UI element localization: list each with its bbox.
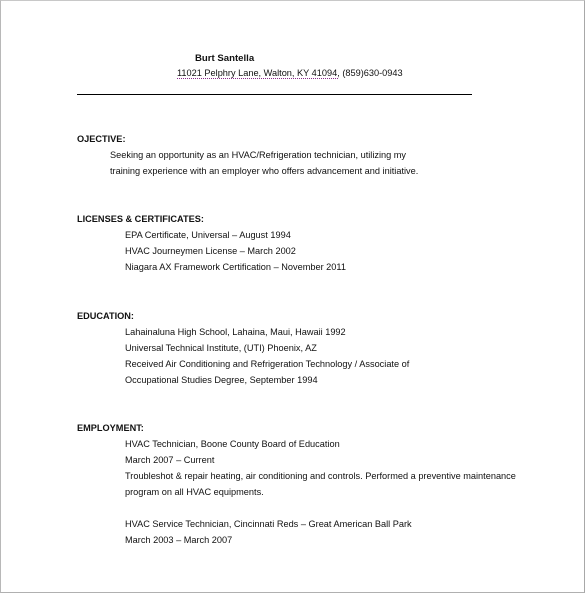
license-item: Niagara AX Framework Certification – Nov… xyxy=(125,262,346,273)
resume-page: Burt Santella 11021 Pelphry Lane, Walton… xyxy=(0,0,585,593)
education-heading: EDUCATION: xyxy=(77,311,134,322)
employment-heading: EMPLOYMENT: xyxy=(77,423,144,434)
address-text: 11021 Pelphry Lane, Walton, KY 41094, xyxy=(177,68,340,78)
job-description: program on all HVAC equipments. xyxy=(125,487,264,498)
candidate-name: Burt Santella xyxy=(195,53,254,64)
job-description: Troubleshot & repair heating, air condit… xyxy=(125,471,516,482)
job-dates: March 2007 – Current xyxy=(125,455,214,466)
licenses-heading: LICENSES & CERTIFICATES: xyxy=(77,214,204,225)
job-title: HVAC Technician, Boone County Board of E… xyxy=(125,439,340,450)
job-title: HVAC Service Technician, Cincinnati Reds… xyxy=(125,519,412,530)
license-item: EPA Certificate, Universal – August 1994 xyxy=(125,230,291,241)
objective-line: Seeking an opportunity as an HVAC/Refrig… xyxy=(110,150,406,161)
objective-line: training experience with an employer who… xyxy=(110,166,418,177)
header-divider xyxy=(77,94,472,95)
education-line: Lahainaluna High School, Lahaina, Maui, … xyxy=(125,327,346,338)
license-item: HVAC Journeymen License – March 2002 xyxy=(125,246,296,257)
education-line: Received Air Conditioning and Refrigerat… xyxy=(125,359,409,370)
job-dates: March 2003 – March 2007 xyxy=(125,535,232,546)
objective-heading: OJECTIVE: xyxy=(77,134,126,145)
contact-line: 11021 Pelphry Lane, Walton, KY 41094, (8… xyxy=(177,68,403,79)
education-line: Universal Technical Institute, (UTI) Pho… xyxy=(125,343,317,354)
phone-text: (859)630-0943 xyxy=(340,68,403,78)
education-line: Occupational Studies Degree, September 1… xyxy=(125,375,318,386)
